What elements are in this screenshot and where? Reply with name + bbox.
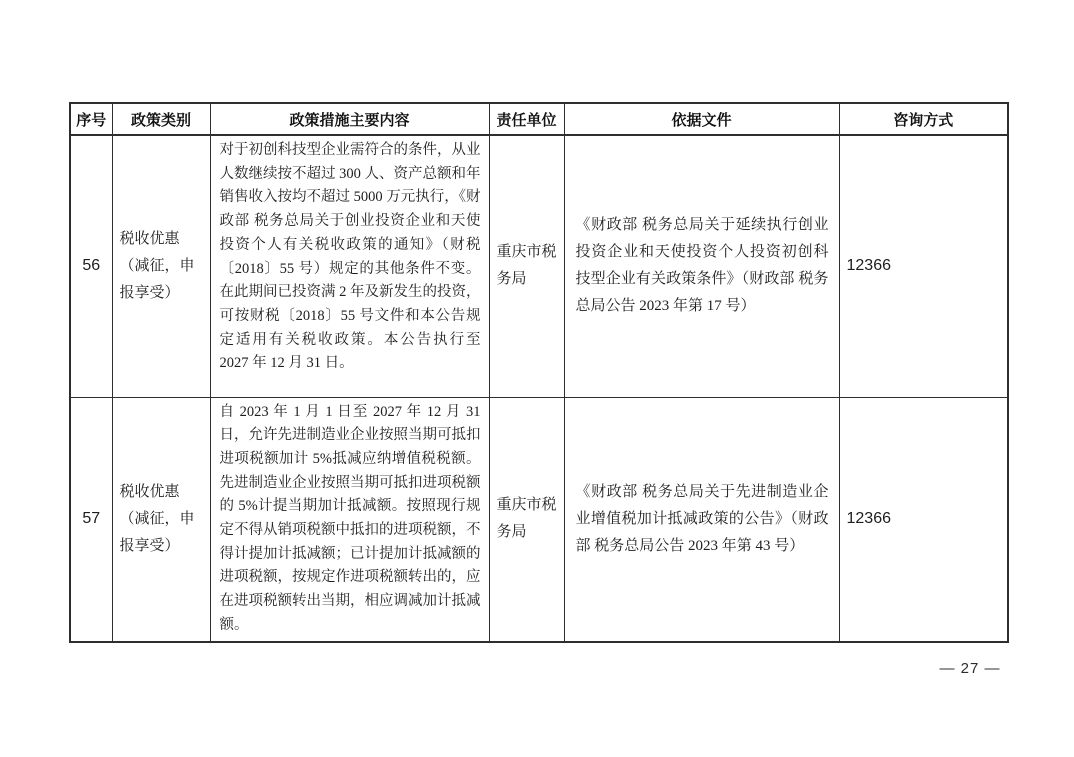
cell-index: 57	[70, 397, 112, 642]
column-header-contact: 咨询方式	[839, 103, 1008, 135]
policy-table: 序号 政策类别 政策措施主要内容 责任单位 依据文件 咨询方式 56 税收优惠（…	[69, 102, 1009, 643]
document-page: 序号 政策类别 政策措施主要内容 责任单位 依据文件 咨询方式 56 税收优惠（…	[0, 0, 1074, 757]
cell-content: 自 2023 年 1 月 1 日至 2027 年 12 月 31 日，允许先进制…	[210, 397, 489, 642]
cell-unit: 重庆市税务局	[489, 397, 564, 642]
cell-contact: 12366	[839, 397, 1008, 642]
column-header-basis: 依据文件	[564, 103, 839, 135]
table-row: 56 税收优惠（减征，申报享受） 对于初创科技型企业需符合的条件，从业人数继续按…	[70, 135, 1008, 397]
cell-index: 56	[70, 135, 112, 397]
cell-category: 税收优惠（减征，申报享受）	[112, 397, 210, 642]
column-header-content: 政策措施主要内容	[210, 103, 489, 135]
cell-basis: 《财政部 税务总局关于延续执行创业投资企业和天使投资个人投资初创科技型企业有关政…	[564, 135, 839, 397]
table-header-row: 序号 政策类别 政策措施主要内容 责任单位 依据文件 咨询方式	[70, 103, 1008, 135]
column-header-category: 政策类别	[112, 103, 210, 135]
column-header-index: 序号	[70, 103, 112, 135]
column-header-unit: 责任单位	[489, 103, 564, 135]
cell-contact: 12366	[839, 135, 1008, 397]
page-number: — 27 —	[925, 660, 1015, 677]
table-row: 57 税收优惠（减征，申报享受） 自 2023 年 1 月 1 日至 2027 …	[70, 397, 1008, 642]
cell-content: 对于初创科技型企业需符合的条件，从业人数继续按不超过 300 人、资产总额和年销…	[210, 135, 489, 397]
cell-category: 税收优惠（减征，申报享受）	[112, 135, 210, 397]
cell-basis: 《财政部 税务总局关于先进制造业企业增值税加计抵减政策的公告》（财政部 税务总局…	[564, 397, 839, 642]
cell-unit: 重庆市税务局	[489, 135, 564, 397]
